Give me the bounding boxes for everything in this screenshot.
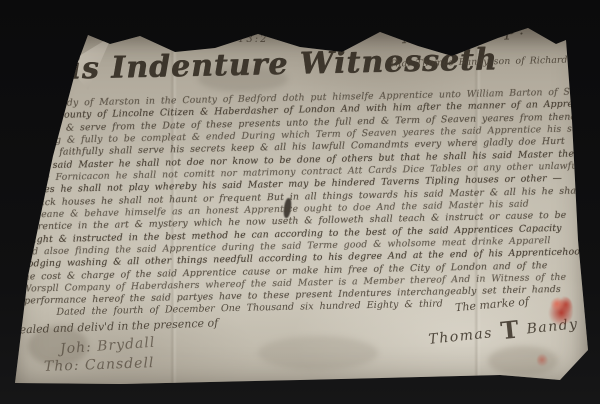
photo-of-indenture: 13:2 N· L· F· P· This Indenture Witnesse… xyxy=(0,0,600,404)
edge-vignette xyxy=(8,26,592,388)
parchment: 13:2 N· L· F· P· This Indenture Witnesse… xyxy=(8,26,592,388)
